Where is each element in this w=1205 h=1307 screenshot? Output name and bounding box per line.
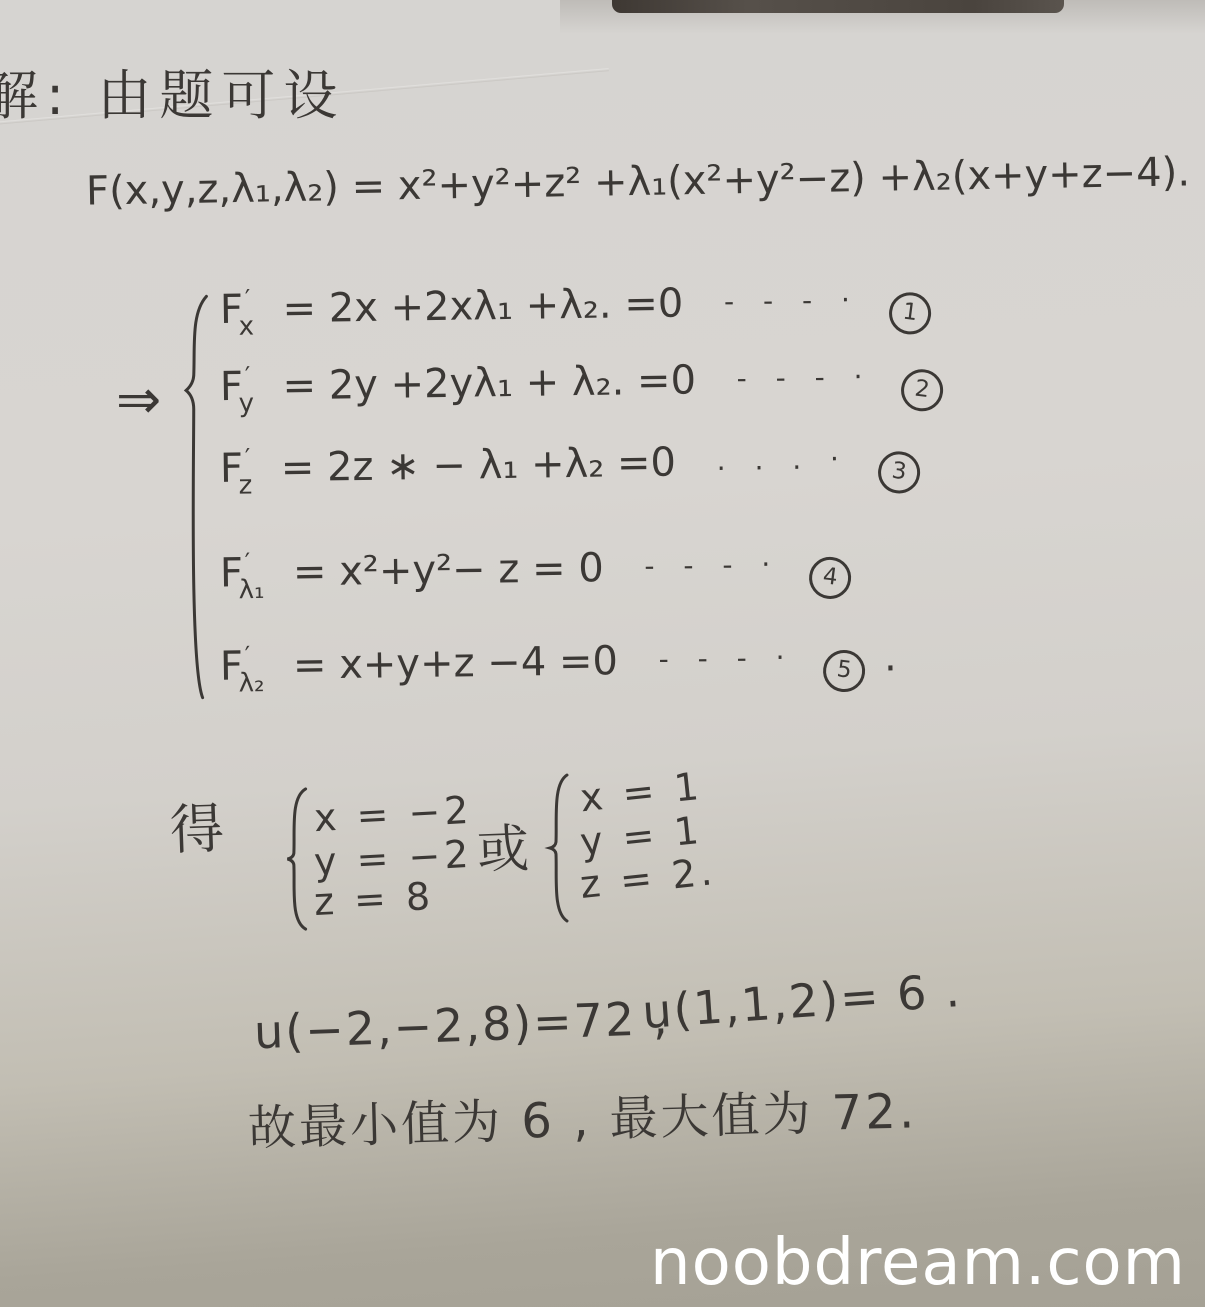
equation-tail: [925, 436, 926, 482]
equation-tail: .: [884, 634, 897, 680]
solution-heading: 解: 由题可设: [0, 66, 345, 125]
evaluation-max-point: u(−2,−2,8)=72 ,: [253, 993, 670, 1058]
equation-body: = 2z ∗ − λ₁ +λ₂ =0: [280, 440, 676, 492]
brace-curve: [543, 772, 573, 924]
equation-number-circle: 3: [875, 449, 922, 496]
handwritten-solution-photo: 解: 由题可设 F(x,y,z,λ₁,λ₂) = x²+y²+z² +λ₁(x²…: [0, 0, 1205, 1307]
brace-curve: [176, 288, 214, 706]
equation-body: = x²+y²− z = 0: [293, 545, 604, 595]
watermark: noobdream.com: [650, 1228, 1186, 1298]
case1-brace: [280, 786, 312, 932]
equation-tail: [949, 354, 950, 400]
equation-dots: - - - ·: [724, 283, 860, 318]
equation-row-1: F′x = 2x +2xλ₁ +λ₂. =0 - - - · 1: [220, 276, 937, 344]
equation-number-circle: 1: [886, 290, 933, 337]
equation-number-circle: 2: [899, 366, 946, 413]
equation-dots: - - - ·: [658, 641, 794, 676]
function-symbol: F′λ₂: [220, 643, 265, 690]
equation-body: = x+y+z −4 =0: [293, 638, 619, 689]
equation-dots: . . . ·: [716, 442, 849, 477]
system-brace: [176, 288, 214, 706]
lagrange-function-line: F(x,y,z,λ₁,λ₂) = x²+y²+z² +λ₁(x²+y²−z) +…: [86, 150, 1191, 213]
or-label: 或: [476, 821, 530, 880]
photo-top-object: [612, 0, 1064, 13]
equation-row-2: F′y = 2y +2yλ₁ + λ₂. =0 - - - · 2: [220, 353, 950, 421]
equation-body: = 2x +2xλ₁ +λ₂. =0: [282, 281, 683, 333]
brace-curve: [280, 786, 312, 932]
conclusion-line: 故最小值为 6 , 最大值为 72.: [247, 1085, 917, 1155]
equation-tail: [857, 542, 858, 588]
equation-row-3: F′z = 2z ∗ − λ₁ +λ₂ =0 . . . · 3: [220, 435, 927, 503]
equation-body: = 2y +2yλ₁ + λ₂. =0: [282, 357, 696, 409]
equation-dots: - - - ·: [644, 548, 780, 583]
evaluation-min-point: u(1,1,2)= 6 .: [641, 965, 964, 1038]
obtain-label: 得: [169, 799, 225, 860]
function-symbol: F′λ₁: [220, 550, 265, 597]
equation-row-5: F′λ₂ = x+y+z −4 =0 - - - · 5 .: [220, 633, 898, 700]
implies-arrow: ⇒: [116, 370, 161, 429]
function-symbol: F′z: [220, 445, 253, 491]
function-symbol: F′x: [220, 287, 254, 333]
equation-number-circle: 5: [821, 647, 868, 694]
function-symbol: F′y: [220, 364, 254, 410]
equation-dots: - - - ·: [736, 360, 872, 395]
case1-z: z = 8: [313, 876, 435, 924]
equation-row-4: F′λ₁ = x²+y²− z = 0 - - - · 4: [220, 541, 858, 608]
equation-number-circle: 4: [807, 554, 854, 601]
case2-brace: [543, 772, 573, 924]
equation-tail: [936, 277, 937, 323]
